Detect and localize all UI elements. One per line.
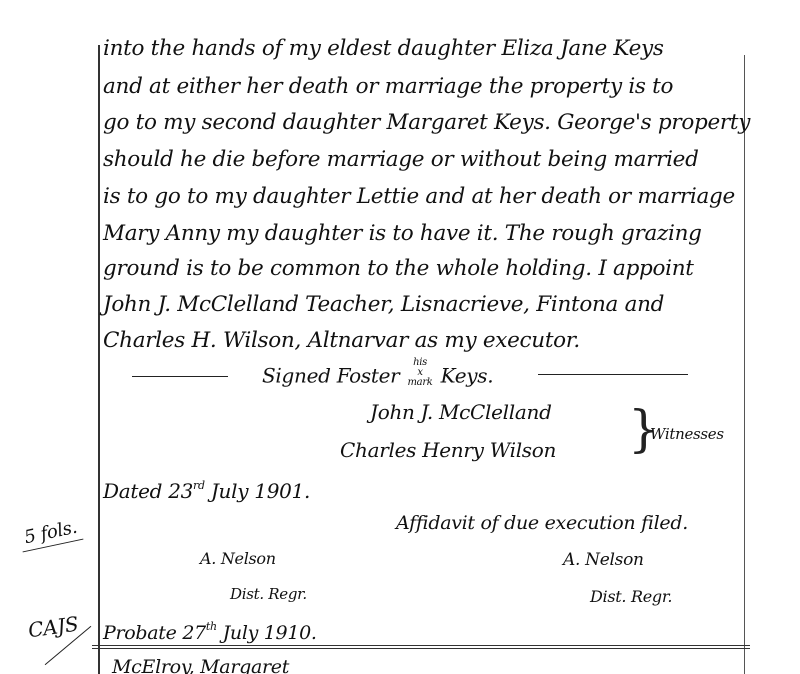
probate-line: Probate 27th July 1910. bbox=[103, 622, 317, 644]
body-line-4: should he die before marriage or without… bbox=[103, 147, 699, 172]
left-margin-rule bbox=[98, 45, 100, 674]
next-entry-name: McElroy, Margaret bbox=[112, 656, 289, 674]
witness-1: John J. McClelland bbox=[370, 400, 552, 424]
signature-rule-left bbox=[132, 376, 228, 377]
signature-block: Signed Foster his x mark Keys. bbox=[262, 362, 493, 392]
margin-note-folios: 5 fols. bbox=[22, 517, 78, 549]
body-line-6: Mary Anny my daughter is to have it. The… bbox=[103, 221, 702, 246]
probate-month-year: July 1910. bbox=[223, 622, 317, 644]
body-line-1: into the hands of my eldest daughter Eli… bbox=[103, 36, 664, 61]
signed-label: Signed bbox=[262, 364, 331, 388]
dated-day: Dated 23 bbox=[103, 479, 193, 503]
entry-separator-rule-1 bbox=[92, 645, 750, 646]
signature-rule-right bbox=[538, 374, 688, 375]
body-line-5: is to go to my daughter Lettie and at he… bbox=[103, 184, 735, 209]
registrar-left-name: A. Nelson bbox=[200, 549, 276, 568]
body-line-3: go to my second daughter Margaret Keys. … bbox=[103, 110, 750, 135]
right-margin-rule bbox=[744, 55, 745, 674]
entry-separator-rule-2 bbox=[92, 648, 750, 649]
body-line-7: ground is to be common to the whole hold… bbox=[103, 256, 694, 281]
registrar-right-title: Dist. Regr. bbox=[590, 587, 672, 606]
testator-mark: his x mark bbox=[407, 358, 432, 388]
registrar-left-title: Dist. Regr. bbox=[230, 585, 307, 603]
body-line-9: Charles H. Wilson, Altnarvar as my execu… bbox=[103, 328, 580, 353]
registrar-right-name: A. Nelson bbox=[563, 550, 644, 570]
affidavit-line: Affidavit of due execution filed. bbox=[396, 512, 688, 534]
body-line-8: John J. McClelland Teacher, Lisnacrieve,… bbox=[103, 292, 664, 317]
probate-day-suffix: th bbox=[206, 620, 217, 633]
dated-month-year: July 1901. bbox=[211, 479, 310, 503]
witnesses-label: Witnesses bbox=[650, 425, 724, 443]
will-document-page: into the hands of my eldest daughter Eli… bbox=[0, 0, 800, 674]
dated-line: Dated 23rd July 1901. bbox=[103, 479, 310, 503]
testator-last-name: Keys. bbox=[441, 364, 494, 388]
dated-day-suffix: rd bbox=[193, 479, 205, 492]
witness-2: Charles Henry Wilson bbox=[340, 438, 556, 462]
margin-note-initials: CAJS bbox=[27, 612, 80, 643]
mark-label: mark bbox=[407, 377, 432, 388]
testator-first-name: Foster bbox=[337, 364, 400, 388]
probate-day: Probate 27 bbox=[103, 622, 206, 644]
body-line-2: and at either her death or marriage the … bbox=[103, 74, 673, 99]
